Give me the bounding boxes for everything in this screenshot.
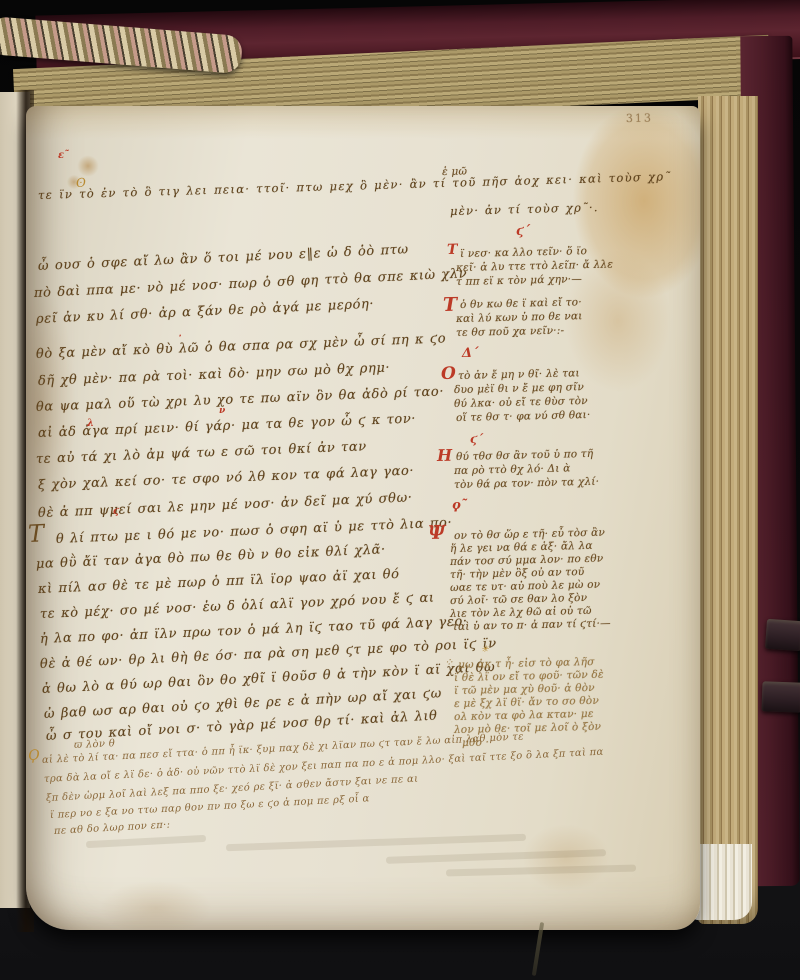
scholia-line: θύ λκα· οὐ εἴ τε θὺσ τὸν xyxy=(454,395,588,410)
main-text-line: ὦ ουσ ὁ σφε αἴ λω ἂν ὅ τοι μέ νου ε‖ε ὡ … xyxy=(38,242,409,274)
header-red-margin-mark: ε῀ xyxy=(58,149,70,161)
header-line: τε ϊν τὸ ἐν τὸ ὃ τιγ λει πεια· ττοῖ· πτω… xyxy=(38,169,672,202)
main-text-line: θ λί πτω με ι θό με νο· πωσ ὁ σφη αϊ ὑ μ… xyxy=(56,515,453,547)
scholia-line: ϊ νεσ· κα λλο τεῖν· ὅ ϊο xyxy=(460,245,587,260)
rubric-initial: ϙ῀ xyxy=(452,498,467,513)
main-text-line: τε αὐ τά χι λὸ ἀμ ψά τω ε σῶ τοι θκί ἀν … xyxy=(36,439,367,467)
footer-line: πε αθ δο λωρ πον επ·: xyxy=(54,820,171,837)
main-text-line: μα θῢ ἄϊ ταν ἀγα θὸ πω θε θὺ ν θο εἰκ θλ… xyxy=(36,542,386,572)
main-text-line: κὶ πίλ ασ θὲ τε μὲ πωρ ὁ ππ ϊλ ϊορ ψαο ἀ… xyxy=(38,567,400,597)
scholia-line: οἵ τε θσ τ· φα νύ σθ θαι· xyxy=(456,409,591,424)
rubric-initial: Ο xyxy=(441,364,456,384)
footer-fragment: ϖ λὸν θ xyxy=(74,738,116,751)
scholia-line: κεῖ· ἀ λυ ττε ττὸ λεῖπ· ἄ λλε xyxy=(456,258,613,274)
scholia-line: τὸ ἀν ἔ μη ν θῖ· λὲ ται xyxy=(458,367,580,382)
main-text-line: ξ χὸν χαλ κεί σο· τε σφο νό λθ κον τα φά… xyxy=(38,464,415,493)
rubric-initial: Η xyxy=(437,446,453,465)
fore-edge-pages xyxy=(698,96,758,924)
scholia-line: καὶ λύ κων ὑ πο θε ναι xyxy=(456,310,583,325)
scholia-line: τὸν θά ρα τον· πὸν τα χλί· xyxy=(454,476,599,491)
scholia-line: τε θσ ποῦ χα νεῖν·:- xyxy=(456,325,565,339)
main-text-line: αἰ ἀδ ἀγα πρί μειν· θί γάρ· μα τα θε γον… xyxy=(38,411,417,441)
header-red-mark: ϛ´ xyxy=(516,224,531,239)
gold-divider-icon: ✳ xyxy=(481,645,489,655)
main-text-line: πὸ δαὶ ππα με· νὸ μέ νοσ· πωρ ὁ σθ φη ττ… xyxy=(34,266,468,301)
red-correction-mark: ν xyxy=(219,406,225,416)
scholia-line: θύ τθσ θσ ἂν τοῦ ὑ πο τῆ xyxy=(456,448,594,463)
manuscript-photo: 313 ε῀ ʘ τε ϊν τὸ ἐν τὸ ὃ τιγ λει πεια· … xyxy=(0,0,800,980)
header-annotation: ἑ μῶ xyxy=(442,165,467,178)
main-text-line: δῆ χθ μὲν· πα ρὰ τοὶ· καὶ δὸ· μην σω μὸ … xyxy=(38,360,391,389)
main-text-line: θα ψα μαλ οὕ τὼ χρι λυ χο τε πω αϊν ὃν θ… xyxy=(36,384,445,415)
scholia-initial: ⁘ xyxy=(444,656,454,669)
show-through-text xyxy=(226,834,526,851)
main-text-line: θὸ ξα μὲν αἴ κὸ θὺ λῶ ὁ θα σπα ρα σχ μὲν… xyxy=(36,331,447,362)
show-through-text xyxy=(446,865,636,877)
scholia-line: ταὶ ὑ αν το π· ἀ παν τί ϛτί·— xyxy=(452,617,611,633)
show-through-text xyxy=(86,835,206,848)
show-through-text xyxy=(386,849,606,864)
rubric-initial: ϛ´ xyxy=(470,432,483,446)
header-line: μὲν· ἀν τί τοὺσ χρ῀·. xyxy=(450,200,599,218)
text-layer: 313 ε῀ ʘ τε ϊν τὸ ἐν τὸ ὃ τιγ λει πεια· … xyxy=(26,106,700,930)
clasp-strap xyxy=(761,681,800,712)
main-large-initial: Τ xyxy=(27,519,44,548)
rubric-initial: Δ´ xyxy=(462,346,479,361)
scholia-line: δυο μὲϊ θι ν ἔ με φη σῖν xyxy=(454,381,584,396)
main-text-line: ρεῖ ἀν κυ λί σθ· ἀρ α ξάν θε ρὸ ἀγά με μ… xyxy=(36,297,375,327)
red-correction-mark: ᾿ xyxy=(177,335,182,346)
footer-gold-initial: Ϙ xyxy=(28,747,40,764)
clasp-strap xyxy=(765,619,800,651)
main-text-line: θὲ ἀ ππ ψμεί σαι λε μην μέ νοσ· ἀν δεῖ μ… xyxy=(38,490,413,521)
scholia-line: τ ππ εϊ κ τὸν μά χην·— xyxy=(456,273,582,288)
scholia-line: πα ρὸ ττὸ θχ λό· Δι ὰ xyxy=(454,462,571,477)
scholia-line: ὁ θν κω θε ϊ καὶ εἴ το· xyxy=(460,296,582,311)
red-correction-mark: ϛ xyxy=(113,506,119,517)
folio-number: 313 xyxy=(626,112,653,125)
rubric-initial: Ψ xyxy=(428,522,446,544)
red-correction-mark: λ xyxy=(87,418,94,429)
rubric-initial: Τ xyxy=(447,242,458,258)
bookmark-thread xyxy=(532,922,544,976)
